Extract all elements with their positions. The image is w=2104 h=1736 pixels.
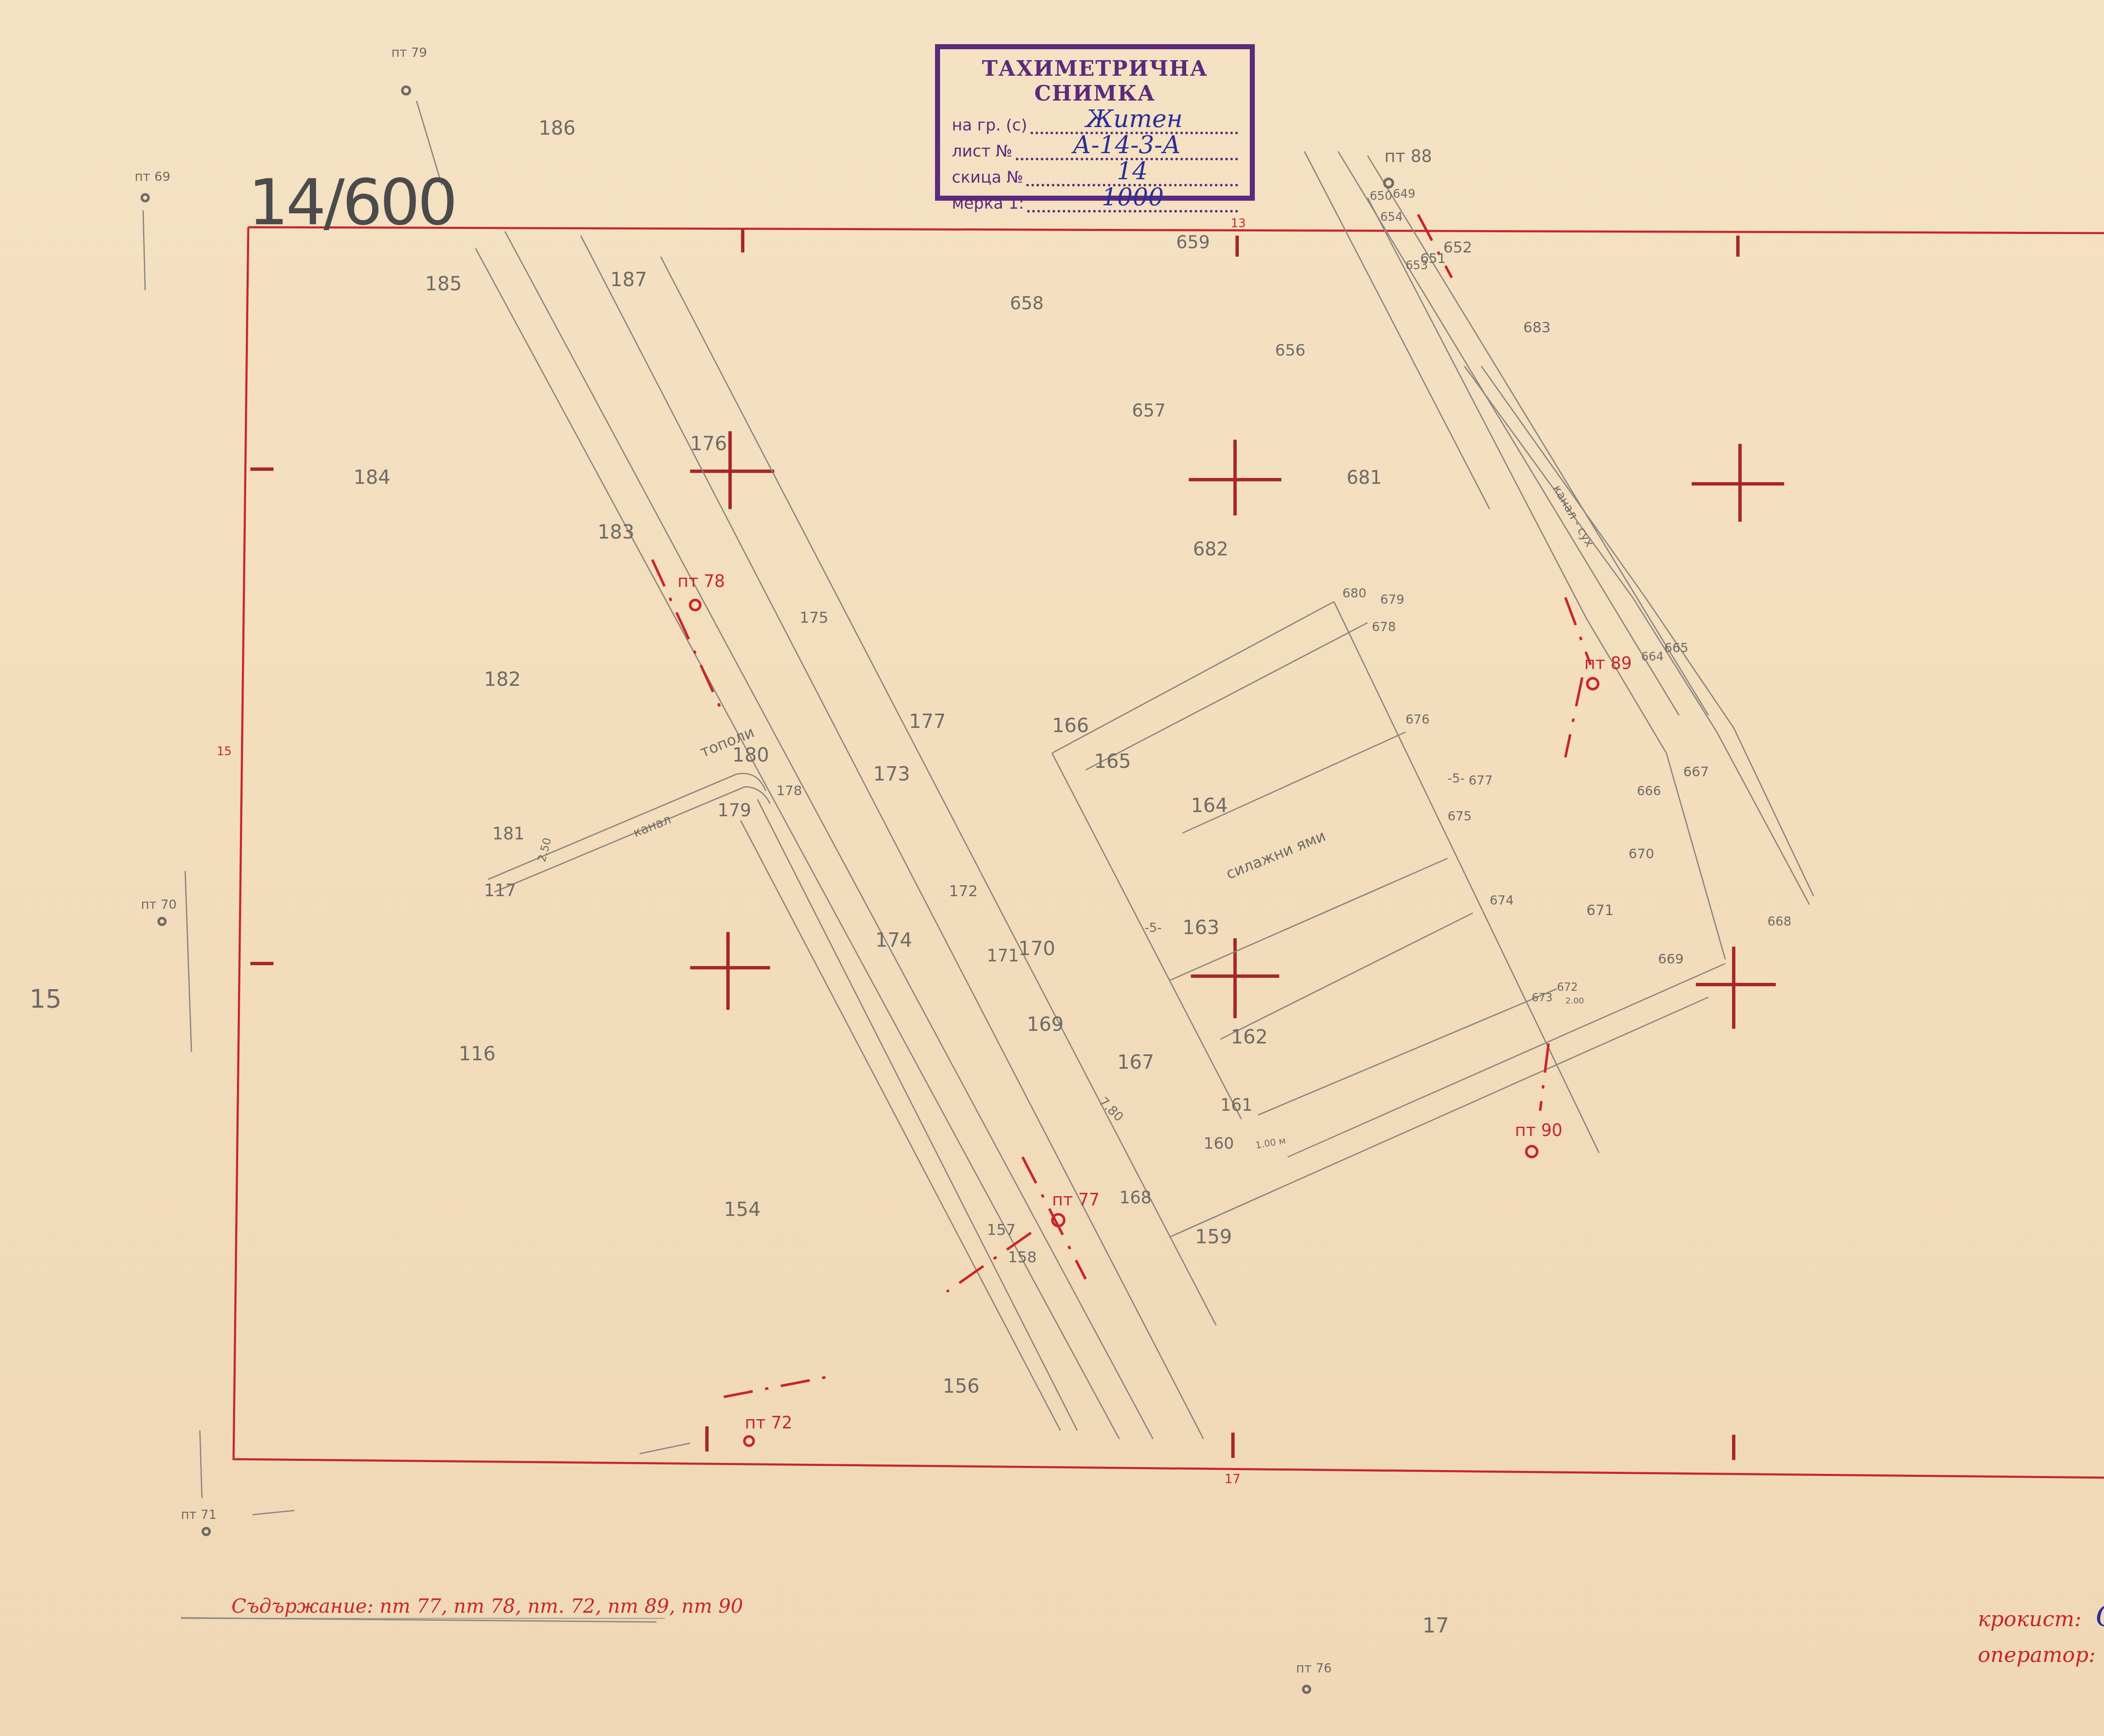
point-label: 656 [1275, 341, 1306, 359]
point-label: 669 [1658, 951, 1684, 967]
frame-label-left: 15 [217, 744, 232, 758]
content-label: Съдържание: [231, 1595, 373, 1617]
point-label: 668 [1767, 914, 1791, 929]
point-label: 683 [1523, 319, 1551, 336]
grid-cross-icon [1191, 938, 1279, 1018]
content-line: Съдържание: пт 77, пт 78, пт. 72, пт 89,… [231, 1595, 743, 1617]
content-value: пт 77, пт 78, пт. 72, пт 89, пт 90 [380, 1595, 743, 1617]
point-label: 159 [1195, 1225, 1232, 1248]
dimension-label: -5- [1145, 921, 1162, 935]
stamp-title: ТАХИМЕТРИЧНА СНИМКА [952, 56, 1238, 106]
grid-cross-icon [690, 932, 770, 1010]
point-label: 657 [1132, 400, 1166, 421]
sheet-code: 14/600 [248, 166, 455, 239]
station-pt90-icon [1526, 1146, 1537, 1157]
point-label: 164 [1191, 794, 1228, 817]
stamp-label: мерка 1: [952, 194, 1024, 212]
point-label: 177 [909, 710, 946, 733]
point-label: 675 [1448, 809, 1472, 824]
station-markers [142, 87, 1598, 1693]
station-labels: пт 78 пт 77 пт 72 пт 89 пт 90 пт 88 пт 7… [135, 45, 1632, 1676]
station-label-pt76: пт 76 [1296, 1661, 1332, 1676]
point-label: 185 [425, 272, 462, 295]
point-label: 160 [1203, 1134, 1234, 1152]
station-pt70-icon [159, 918, 165, 925]
point-label: 184 [353, 466, 391, 488]
point-label: 117 [484, 881, 516, 900]
point-label: 652 [1443, 239, 1472, 256]
point-label: 175 [800, 609, 829, 626]
station-label-pt70: пт 70 [141, 897, 177, 912]
stamp-value-scale: 1000 [1027, 185, 1238, 212]
point-label: 161 [1220, 1096, 1252, 1115]
point-label: 168 [1119, 1188, 1151, 1208]
point-label: 181 [492, 824, 524, 844]
point-label: 154 [724, 1198, 761, 1221]
point-label: 156 [943, 1375, 980, 1397]
point-label: 659 [1176, 232, 1210, 252]
station-pt71-icon [203, 1528, 210, 1535]
point-label: 162 [1231, 1025, 1268, 1048]
station-label-pt69: пт 69 [135, 170, 170, 184]
stamp-label: скица № [952, 168, 1023, 186]
survey-stamp: ТАХИМЕТРИЧНА СНИМКА на гр. (с) Житен лис… [935, 44, 1255, 201]
point-label: 163 [1182, 916, 1219, 939]
station-pt88-icon [1384, 179, 1393, 187]
point-label: 116 [459, 1042, 496, 1065]
point-label: 169 [1027, 1013, 1064, 1035]
station-lines [652, 215, 1591, 1397]
grid-crosses [250, 229, 2104, 1460]
operator-signature: оператор: П. Атанасов [1978, 1635, 2104, 1669]
point-label: 674 [1490, 893, 1514, 908]
station-label-pt90: пт 90 [1515, 1121, 1562, 1140]
point-label: 178 [776, 783, 802, 799]
sheet-frame [234, 227, 2104, 1479]
operator-role: оператор: [1978, 1643, 2096, 1667]
point-label: 171 [987, 946, 1019, 966]
point-label: 183 [598, 520, 635, 543]
point-label: 676 [1405, 712, 1429, 727]
point-label: 666 [1637, 784, 1661, 799]
stamp-row-sketch: скица № 14 [952, 160, 1238, 186]
stamp-row-scale: мерка 1: 1000 [952, 186, 1238, 212]
frame-labels: 13 17 15 D 15 17 [29, 216, 2104, 1638]
point-label: 186 [539, 117, 576, 139]
grid-cross-icon [1696, 947, 1776, 1029]
point-label: 167 [1117, 1051, 1154, 1073]
point-label: 670 [1628, 846, 1654, 862]
dimension-label: 7.80 [1096, 1094, 1126, 1125]
stamp-label: лист № [952, 142, 1012, 160]
station-pt76-icon [1303, 1686, 1310, 1693]
station-label-pt88: пт 88 [1384, 147, 1432, 166]
point-label: 158 [1008, 1249, 1037, 1266]
point-label: 176 [690, 432, 727, 455]
point-label: 667 [1683, 764, 1709, 780]
frame-label-bottom: 17 [1225, 1472, 1241, 1486]
station-label-pt71: пт 71 [181, 1508, 217, 1522]
dimension-label: 2.50 [536, 836, 554, 863]
point-label: 681 [1347, 467, 1382, 488]
point-label: 665 [1664, 641, 1688, 656]
survey-drawing: пт 78 пт 77 пт 72 пт 89 пт 90 пт 88 пт 7… [0, 0, 2104, 1736]
stamp-label: на гр. (с) [952, 116, 1027, 134]
point-label: 173 [873, 762, 910, 785]
margin-number-bottom: 17 [1422, 1613, 1449, 1638]
sketcher-role: крокист: [1978, 1607, 2081, 1631]
point-label: 653 [1405, 258, 1428, 272]
station-label-pt72: пт 72 [745, 1413, 792, 1433]
dimension-label: 2.00 [1565, 995, 1584, 1006]
point-label: 157 [987, 1221, 1016, 1239]
point-label: 679 [1380, 592, 1404, 607]
point-label: 165 [1094, 750, 1131, 772]
point-label: 650 [1370, 189, 1392, 203]
station-label-pt79: пт 79 [391, 45, 427, 60]
point-label: 170 [1018, 937, 1055, 960]
point-label: 187 [610, 268, 647, 291]
point-label: 174 [875, 929, 912, 951]
margin-number-left: 15 [29, 985, 61, 1014]
silage-pits-label: силажни ями [1224, 827, 1328, 883]
point-label: 179 [717, 800, 751, 820]
sketcher-name: Ст. Димитров [2096, 1599, 2104, 1633]
dimension-label: -5- [1448, 771, 1465, 786]
grid-cross-icon [1189, 440, 1281, 515]
point-label: 682 [1193, 539, 1228, 560]
point-label: 680 [1342, 586, 1366, 601]
station-pt69-icon [142, 194, 149, 201]
station-label-pt77: пт 77 [1052, 1190, 1100, 1210]
point-label: 649 [1393, 187, 1415, 201]
station-pt89-icon [1587, 678, 1598, 689]
point-label: 672 [1557, 981, 1578, 994]
station-pt72-icon [744, 1436, 754, 1446]
point-label: 673 [1532, 992, 1553, 1004]
point-label: 658 [1010, 293, 1044, 313]
point-label: 166 [1052, 714, 1089, 737]
point-label: 664 [1641, 650, 1663, 664]
station-pt78-icon [690, 600, 700, 610]
content-underline [181, 1618, 665, 1619]
sketcher-signature: крокист: Ст. Димитров [1978, 1599, 2104, 1633]
point-label: 677 [1469, 773, 1493, 788]
point-label: 654 [1380, 210, 1403, 224]
point-label: 182 [484, 668, 521, 690]
station-label-pt78: пт 78 [677, 572, 725, 591]
dimension-label: 1.00 м [1255, 1136, 1287, 1151]
stamp-row-sheet: лист № А-14-3-А [952, 134, 1238, 160]
point-label: 172 [949, 883, 978, 900]
point-label: 678 [1372, 620, 1396, 634]
station-label-pt89: пт 89 [1584, 654, 1632, 673]
station-pt79-icon [402, 87, 410, 94]
grid-cross-icon [1692, 444, 1784, 522]
frame-label-top: 13 [1231, 216, 1246, 230]
point-label: 671 [1586, 902, 1614, 919]
